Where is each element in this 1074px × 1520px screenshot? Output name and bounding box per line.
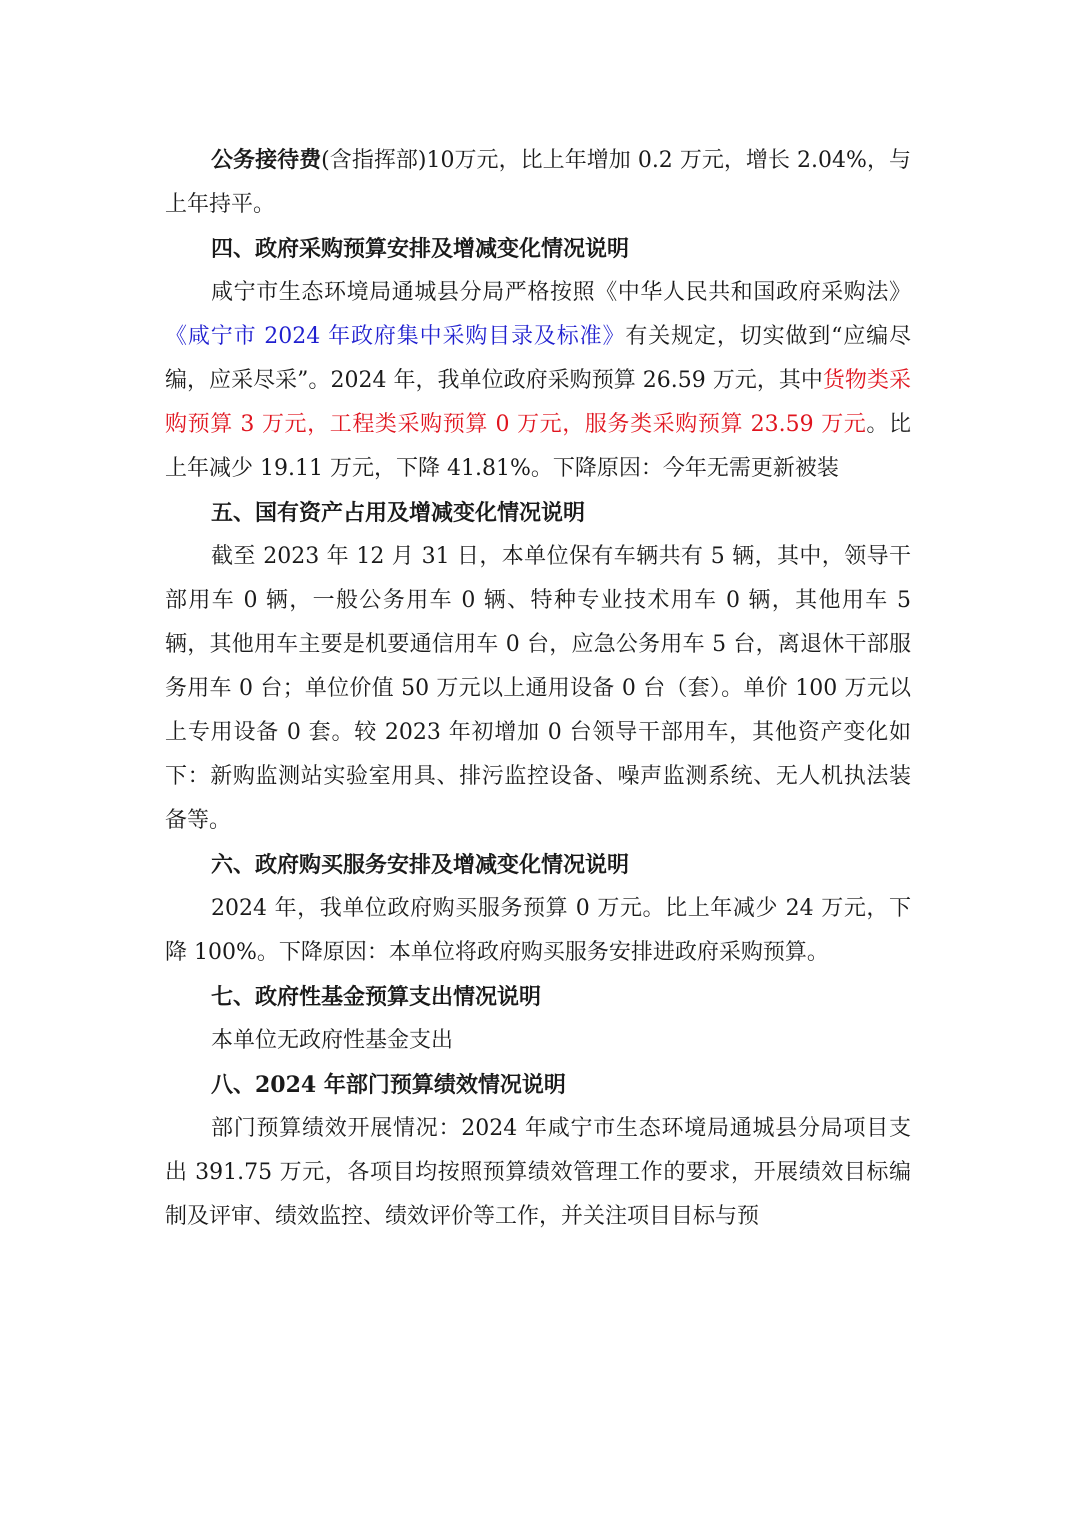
heading-section-4: 四、政府采购预算安排及增减变化情况说明 xyxy=(165,227,911,271)
paragraph-performance: 部门预算绩效开展情况：2024 年咸宁市生态环境局通城县分局项目支出 391.7… xyxy=(165,1107,911,1239)
paragraph-purchased-services: 2024 年，我单位政府购买服务预算 0 万元。比上年减少 24 万元，下降 1… xyxy=(165,887,911,975)
paragraph-reception-fee: 公务接待费(含指挥部)10万元，比上年增加 0.2 万元，增长 2.04%，与上… xyxy=(165,138,911,227)
heading-section-6: 六、政府购买服务安排及增减变化情况说明 xyxy=(165,843,911,887)
paragraph-procurement: 咸宁市生态环境局通城县分局严格按照《中华人民共和国政府采购法》《咸宁市 2024… xyxy=(165,271,911,491)
document-page: 公务接待费(含指挥部)10万元，比上年增加 0.2 万元，增长 2.04%，与上… xyxy=(165,138,911,1239)
heading-section-5: 五、国有资产占用及增减变化情况说明 xyxy=(165,491,911,535)
reception-fee-label: 公务接待费 xyxy=(211,147,321,173)
paragraph-government-fund: 本单位无政府性基金支出 xyxy=(165,1019,911,1063)
paragraph-assets: 截至 2023 年 12 月 31 日，本单位保有车辆共有 5 辆，其中，领导干… xyxy=(165,535,911,843)
heading-section-8: 八、2024 年部门预算绩效情况说明 xyxy=(165,1063,911,1107)
procurement-catalog-link[interactable]: 《咸宁市 2024 年政府集中采购目录及标准》 xyxy=(165,324,625,349)
heading-section-7: 七、政府性基金预算支出情况说明 xyxy=(165,975,911,1019)
